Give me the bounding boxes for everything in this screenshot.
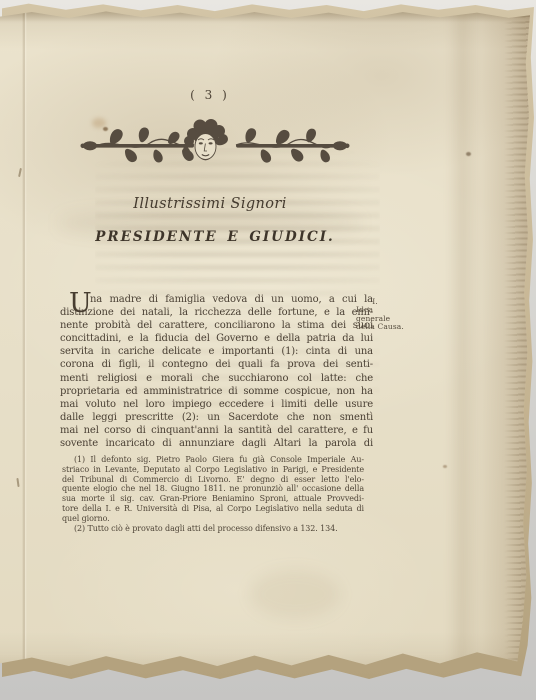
margin-note-line: Idea generale — [356, 306, 408, 323]
document-page: ( 3 ) — [0, 10, 530, 668]
thyrsus-mask-ornament-icon — [80, 113, 350, 177]
footnote-line: striaco in Levante, Deputato al Corpo Le… — [62, 465, 364, 475]
body-line: mai nel corso di cinquant'anni la santit… — [60, 424, 373, 437]
body-line: servita in cariche delicate e importanti… — [60, 345, 373, 358]
footnote-line: quente elogio che nel 18. Giugno 1811. n… — [62, 484, 364, 494]
body-line: distinzione dei natali, la ricchezza del… — [60, 306, 373, 319]
margin-note-line: della Causa. — [356, 323, 408, 331]
body-line: dalle leggi prescritte (2): un Sacerdote… — [60, 411, 373, 424]
body-line: nente probità del carattere, conciliaron… — [60, 319, 373, 332]
salutation-line: Illustrissimi Signori — [60, 196, 360, 212]
body-paragraph: U na madre di famiglia vedova di un uomo… — [60, 293, 373, 450]
gutter-crease — [22, 10, 27, 668]
footnote-line: (2) Tutto ciò è provato dagli atti del p… — [62, 524, 364, 534]
footnote-line: quel giorno. — [62, 514, 364, 524]
footnote-line: (1) Il defonto sig. Pietro Paolo Giera f… — [62, 455, 364, 465]
footnote-line: tore della I. e R. Università di Pisa, a… — [62, 504, 364, 514]
body-line: sovente incaricato di annunziare dagli A… — [60, 437, 373, 450]
body-line: corona di figli, il contegno dei quali f… — [60, 358, 373, 371]
body-line: mai voluto nel loro impiego eccedere i l… — [60, 398, 373, 411]
mask-face — [179, 119, 228, 160]
body-line: na madre di famiglia vedova di un uomo, … — [60, 293, 373, 306]
book-photograph: ( 3 ) — [0, 0, 536, 700]
ink-spot — [466, 152, 471, 156]
footnote-line: del Tribunal di Commercio di Livorno. E'… — [62, 475, 364, 485]
body-line: menti religiosi e morali che succhiarono… — [60, 372, 373, 385]
margin-note: I. Idea generale della Causa. — [356, 298, 408, 332]
page-number: ( 3 ) — [55, 88, 365, 102]
body-line: concittadini, e la fiducia del Governo e… — [60, 332, 373, 345]
binding-stitch — [16, 478, 19, 487]
document-heading: PRESIDENTE E GIUDICI. — [52, 229, 378, 245]
ink-spot — [443, 465, 447, 468]
footnotes: (1) Il defonto sig. Pietro Paolo Giera f… — [62, 455, 364, 533]
paper-crease — [445, 10, 479, 668]
footnote-line: sua morte il sig. cav. Gran-Priore Benia… — [62, 494, 364, 504]
drop-cap-initial: U — [69, 290, 92, 317]
paper-blotch — [250, 570, 340, 618]
body-line: proprietaria ed amministratrice di somme… — [60, 385, 373, 398]
